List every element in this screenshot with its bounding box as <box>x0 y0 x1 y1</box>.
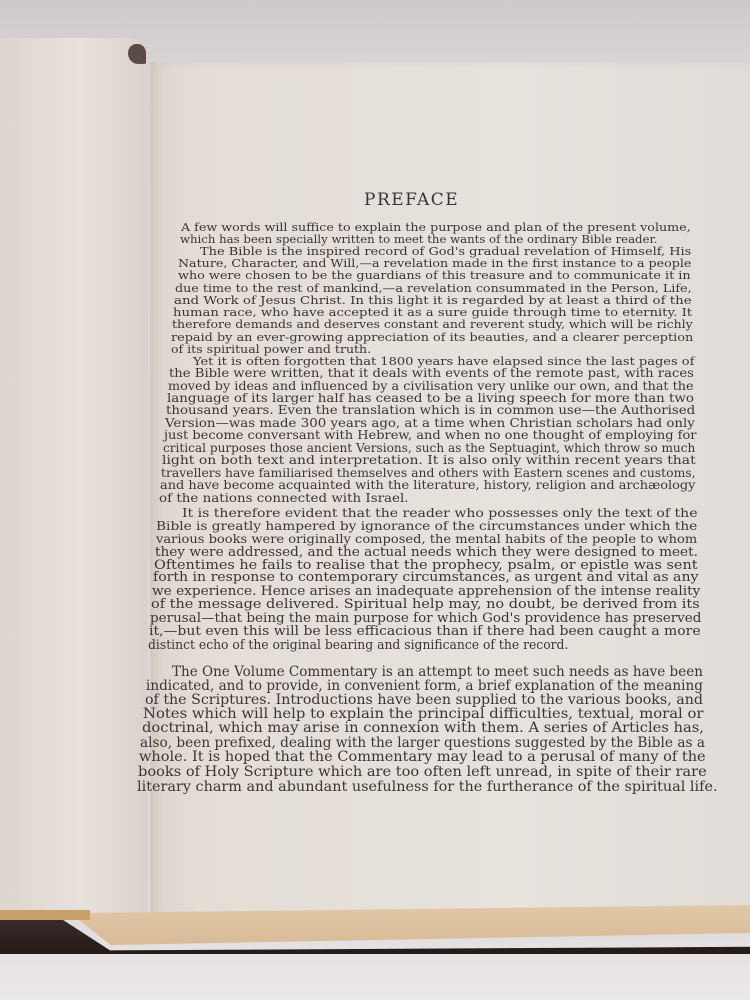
text-line: light on both text and interpretation. I… <box>162 453 696 467</box>
preface-text: PREFACE A few words will suffice to expl… <box>0 0 750 1000</box>
text-line: just become conversant with Hebrew, and … <box>164 428 696 442</box>
text-line: whole. It is hoped that the Commentary m… <box>139 749 706 765</box>
text-line: literary charm and abundant usefulness f… <box>137 779 718 795</box>
text-line: books of Holy Scripture which are too of… <box>138 764 707 780</box>
text-line: doctrinal, which may arise in connexion … <box>142 720 704 736</box>
text-line: and have become acquainted with the lite… <box>160 478 695 492</box>
text-line: of the nations connected with Israel. <box>159 491 409 505</box>
text-line: therefore demands and deserves constant … <box>172 317 693 331</box>
text-line: distinct echo of the original bearing an… <box>148 638 568 653</box>
page-title: PREFACE <box>364 190 459 210</box>
text-line: of the message delivered. Spiritual help… <box>151 597 700 612</box>
text-line: it,—but even this will be less efficacio… <box>149 624 701 639</box>
text-line: forth in response to contemporary circum… <box>153 570 698 585</box>
text-line: thousand years. Even the translation whi… <box>166 403 695 417</box>
text-line: the Bible were written, that it deals wi… <box>169 366 694 380</box>
